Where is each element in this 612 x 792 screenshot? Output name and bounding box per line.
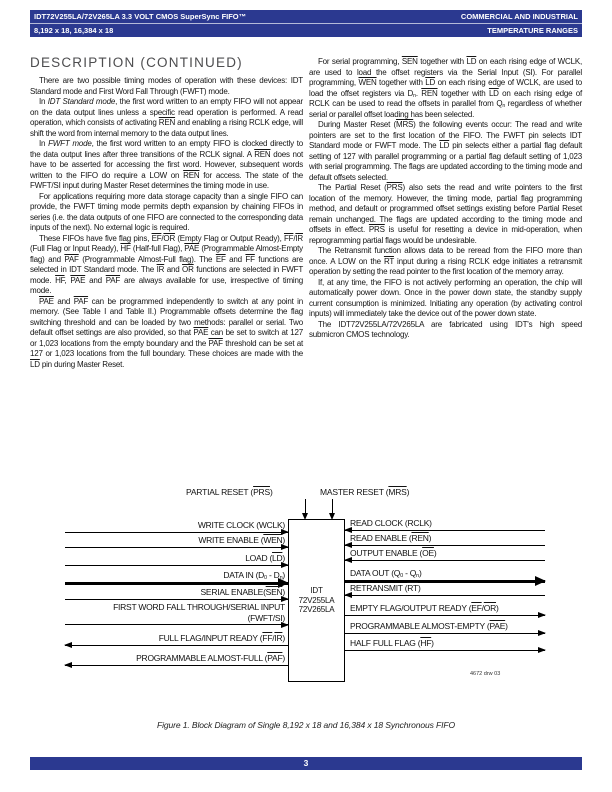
signal-bus-wire bbox=[65, 582, 288, 585]
signal-read-enable: READ ENABLE (REN) bbox=[345, 533, 545, 546]
header-bar: IDT72V255LA/72V265LA 3.3 VOLT CMOS Super… bbox=[30, 10, 582, 37]
arrow-right-icon bbox=[281, 562, 289, 568]
arrow-down-icon bbox=[302, 513, 308, 520]
signal-wire bbox=[65, 532, 288, 533]
paragraph: There are two possible timing modes of o… bbox=[30, 76, 303, 97]
paragraph: PAE and PAF can be programmed independen… bbox=[30, 297, 303, 371]
arrow-right-icon bbox=[538, 647, 546, 653]
signal-wire bbox=[345, 530, 545, 531]
signal-retransmit: RETRANSMIT (RT) bbox=[345, 583, 545, 596]
signal-data-in: DATA IN (D0 - Dn) bbox=[65, 570, 288, 585]
arrow-right-icon bbox=[281, 596, 289, 602]
signal-wire bbox=[65, 624, 288, 625]
signal-full-flag-input-ready: FULL FLAG/INPUT READY (FF/IR) bbox=[65, 633, 288, 646]
header-row-1: IDT72V255LA/72V265LA 3.3 VOLT CMOS Super… bbox=[30, 10, 582, 24]
arrow-left-icon bbox=[344, 542, 352, 548]
signal-fwft-si: FIRST WORD FALL THROUGH/SERIAL INPUT(FWF… bbox=[65, 602, 288, 625]
arrow-left-icon bbox=[64, 642, 72, 648]
signal-wire bbox=[65, 599, 288, 600]
datasheet-page: IDT72V255LA/72V265LA 3.3 VOLT CMOS Super… bbox=[0, 0, 612, 792]
signal-load: LOAD (LD) bbox=[65, 553, 288, 566]
page-number-bar: 3 bbox=[30, 757, 582, 770]
arrow-right-icon bbox=[538, 612, 546, 618]
part-number-title: IDT72V255LA/72V265LA 3.3 VOLT CMOS Super… bbox=[34, 11, 246, 22]
signal-read-clock: READ CLOCK (RCLK) bbox=[345, 518, 545, 531]
arrow-right-icon bbox=[281, 529, 289, 535]
signal-wire bbox=[345, 595, 545, 596]
fifo-block-label: 72V265LA bbox=[299, 605, 335, 615]
fifo-block-label: IDT bbox=[310, 586, 322, 596]
page-number: 3 bbox=[304, 758, 309, 768]
signal-wire bbox=[345, 560, 545, 561]
paragraph: For applications requiring more data sto… bbox=[30, 192, 303, 234]
signal-wire bbox=[65, 565, 288, 566]
signal-wire bbox=[345, 615, 545, 616]
signal-bus-wire bbox=[345, 580, 545, 583]
right-column: For serial programming, SEN together wit… bbox=[309, 57, 582, 341]
temperature-range-line1: COMMERCIAL AND INDUSTRIAL bbox=[461, 11, 578, 22]
fifo-block-label: 72V255LA bbox=[299, 596, 335, 606]
signal-serial-enable: SERIAL ENABLE(SEN) bbox=[65, 587, 288, 600]
arrow-left-icon bbox=[64, 662, 72, 668]
paragraph: During Master Reset (MRS) the following … bbox=[309, 120, 582, 183]
paragraph: The Retransmit function allows data to b… bbox=[309, 246, 582, 278]
signal-wire bbox=[65, 665, 288, 666]
figure-caption: Figure 1. Block Diagram of Single 8,192 … bbox=[30, 720, 582, 730]
signal-output-enable: OUTPUT ENABLE (OE) bbox=[345, 548, 545, 561]
signal-wire bbox=[345, 633, 545, 634]
signal-half-full-flag: HALF FULL FLAG (HF) bbox=[345, 638, 545, 651]
left-column: There are two possible timing modes of o… bbox=[30, 76, 303, 370]
signal-empty-flag-output-ready: EMPTY FLAG/OUTPUT READY (EF/OR) bbox=[345, 603, 545, 616]
paragraph: In FWFT mode, the first word written to … bbox=[30, 139, 303, 192]
master-reset-wire bbox=[332, 499, 333, 514]
arrow-right-icon bbox=[281, 622, 289, 628]
paragraph: The Partial Reset (PRS) also sets the re… bbox=[309, 183, 582, 246]
partial-reset-wire bbox=[305, 499, 306, 514]
paragraph: For serial programming, SEN together wit… bbox=[309, 57, 582, 120]
section-heading: DESCRIPTION (CONTINUED) bbox=[30, 55, 310, 70]
temperature-range-line2: TEMPERATURE RANGES bbox=[487, 25, 578, 36]
signal-wire bbox=[65, 547, 288, 548]
signal-partial-reset: PARTIAL RESET (PRS) bbox=[186, 487, 273, 497]
signal-programmable-almost-full: PROGRAMMABLE ALMOST-FULL (PAF) bbox=[65, 653, 288, 666]
paragraph: The IDT72V255LA/72V265LA are fabricated … bbox=[309, 320, 582, 341]
paragraph: These FIFOs have five flag pins, EF/OR (… bbox=[30, 234, 303, 297]
signal-wire bbox=[345, 650, 545, 651]
fifo-block: IDT 72V255LA 72V265LA bbox=[288, 519, 345, 682]
arrow-left-icon bbox=[344, 527, 352, 533]
signal-write-clock: WRITE CLOCK (WCLK) bbox=[65, 520, 288, 533]
signal-programmable-almost-empty: PROGRAMMABLE ALMOST-EMPTY (PAE) bbox=[345, 621, 545, 634]
arrow-down-icon bbox=[329, 513, 335, 520]
signal-data-out: DATA OUT (Q0 - Qn) bbox=[345, 568, 545, 583]
signal-wire bbox=[345, 545, 545, 546]
arrow-left-icon bbox=[344, 557, 352, 563]
drawing-number: 4672 drw 03 bbox=[470, 671, 500, 677]
arrow-right-icon bbox=[278, 578, 289, 588]
signal-wire bbox=[65, 645, 288, 646]
paragraph: If, at any time, the FIFO is not activel… bbox=[309, 278, 582, 320]
arrow-left-icon bbox=[344, 592, 352, 598]
signal-write-enable: WRITE ENABLE (WEN) bbox=[65, 535, 288, 548]
header-row-2: 8,192 x 18, 16,384 x 18 TEMPERATURE RANG… bbox=[30, 24, 582, 37]
part-configurations: 8,192 x 18, 16,384 x 18 bbox=[34, 25, 113, 36]
arrow-right-icon bbox=[535, 576, 546, 586]
arrow-right-icon bbox=[538, 630, 546, 636]
signal-master-reset: MASTER RESET (MRS) bbox=[320, 487, 409, 497]
arrow-right-icon bbox=[281, 544, 289, 550]
paragraph: In IDT Standard mode, the first word wri… bbox=[30, 97, 303, 139]
